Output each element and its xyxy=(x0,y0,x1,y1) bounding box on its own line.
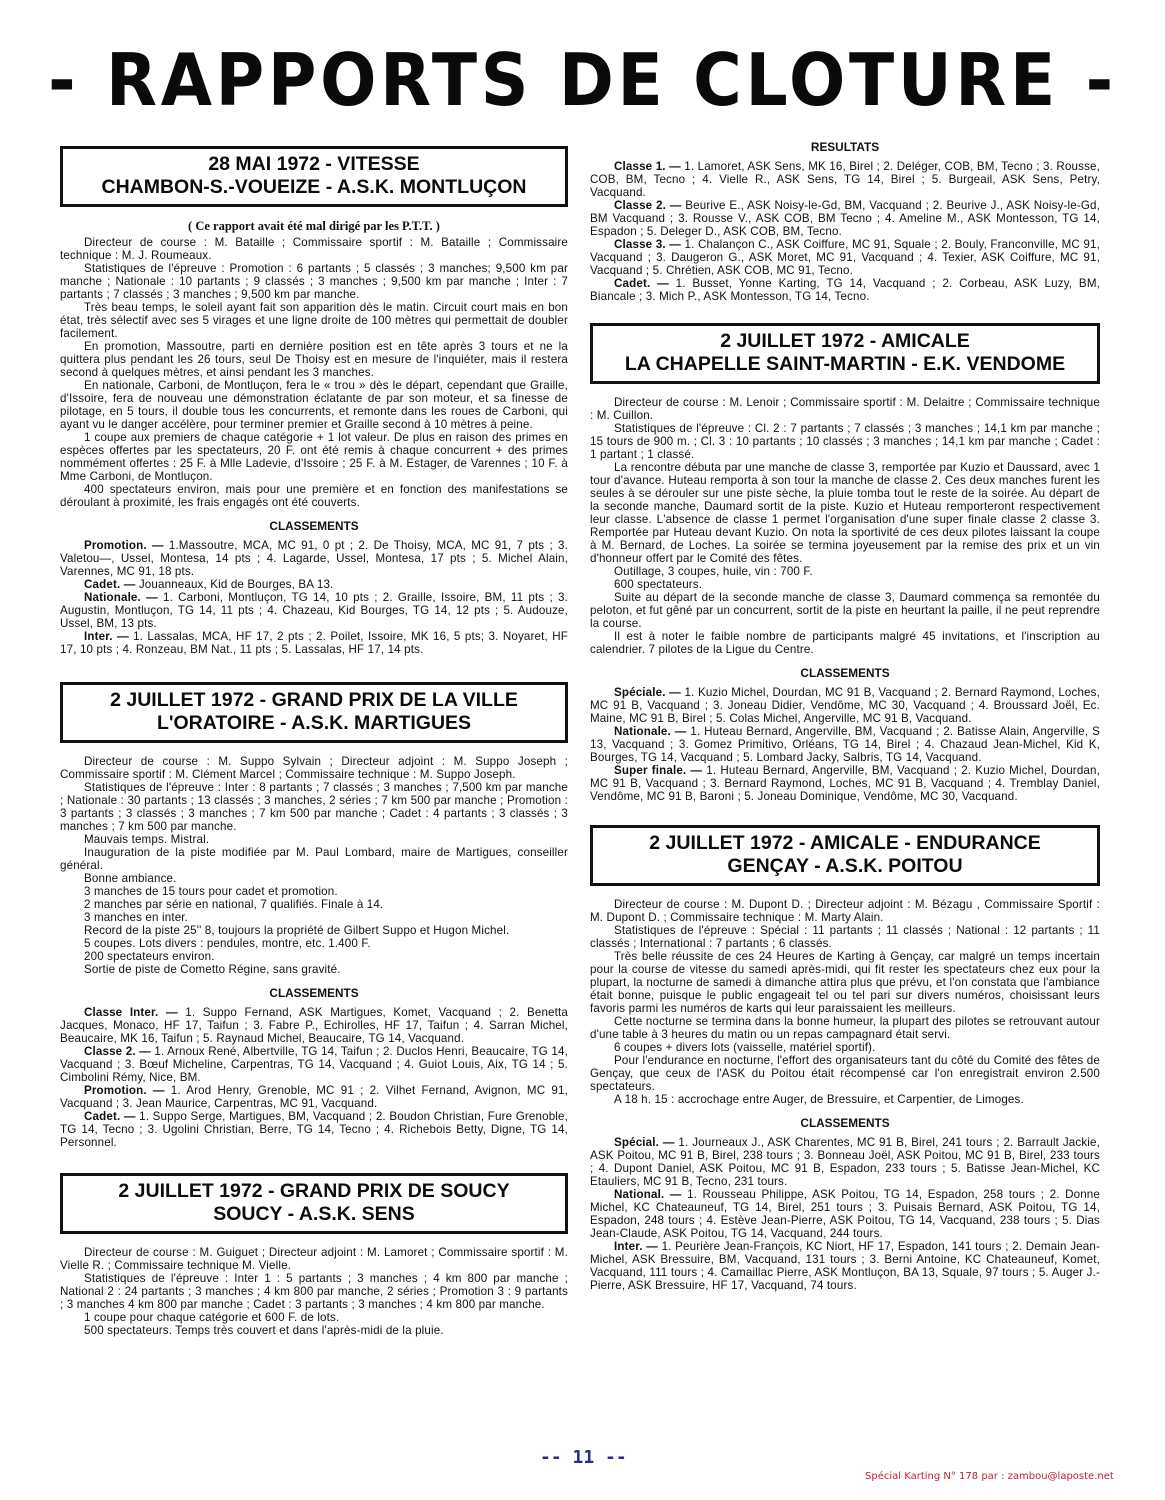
event-title-line2: SOUCY - A.S.K. SENS xyxy=(69,1203,559,1226)
scan-credit: Spécial Karting N° 178 par : zambou@lapo… xyxy=(865,1471,1114,1482)
paragraph: Inauguration de la piste modifiée par M.… xyxy=(60,846,568,872)
event-title-box: 2 JUILLET 1972 - GRAND PRIX DE LA VILLE … xyxy=(60,682,568,743)
section-heading: RESULTATS xyxy=(590,140,1100,154)
result-entry: Cadet. — 1. Busset, Yonne Karting, TG 14… xyxy=(590,277,1100,303)
event-title-line1: 2 JUILLET 1972 - GRAND PRIX DE LA VILLE xyxy=(69,689,559,712)
result-text: 1. Lassalas, MCA, HF 17, 2 pts ; 2. Poil… xyxy=(60,630,568,656)
paragraph: 1 coupe pour chaque catégorie et 600 F. … xyxy=(60,1311,568,1324)
paragraph: Sortie de piste de Cometto Régine, sans … xyxy=(60,963,568,976)
result-text: 1. Peurière Jean-François, KC Niort, HF … xyxy=(590,1240,1100,1292)
result-entry: Inter. — 1. Peurière Jean-François, KC N… xyxy=(590,1240,1100,1292)
paragraph: Très belle réussite de ces 24 Heures de … xyxy=(590,950,1100,1015)
event-title-line1: 2 JUILLET 1972 - GRAND PRIX DE SOUCY xyxy=(69,1180,559,1203)
paragraph: Mauvais temps. Mistral. xyxy=(60,833,568,846)
result-category: Promotion. — xyxy=(84,539,164,552)
report-soucy-sens: 2 JUILLET 1972 - GRAND PRIX DE SOUCY SOU… xyxy=(60,1173,568,1337)
result-category: Classe 2. — xyxy=(614,199,682,212)
editorial-note: ( Ce rapport avait été mal dirigé par le… xyxy=(60,219,568,234)
result-category: Classe Inter. — xyxy=(84,1006,178,1019)
paragraph: Très beau temps, le soleil ayant fait so… xyxy=(60,301,568,340)
result-entry: Cadet. — 1. Suppo Serge, Martigues, BM, … xyxy=(60,1110,568,1149)
report-soucy-sens-results: RESULTATS Classe 1. — 1. Lamoret, ASK Se… xyxy=(590,140,1100,303)
paragraph: 200 spectateurs environ. xyxy=(60,950,568,963)
report-gencay-poitou: 2 JUILLET 1972 - AMICALE - ENDURANCE GEN… xyxy=(590,825,1100,1292)
report-chapelle-vendome: 2 JUILLET 1972 - AMICALE LA CHAPELLE SAI… xyxy=(590,323,1100,803)
event-title-line1: 2 JUILLET 1972 - AMICALE xyxy=(599,330,1091,353)
section-heading: CLASSEMENTS xyxy=(60,519,568,533)
result-entry: Classe 2. — Beurive E., ASK Noisy-le-Gd,… xyxy=(590,199,1100,238)
result-category: Classe 3. — xyxy=(614,238,681,251)
paragraph: Pour l'endurance en nocturne, l'effort d… xyxy=(590,1054,1100,1093)
paragraph: 3 manches en inter. xyxy=(60,911,568,924)
page-masthead: - RAPPORTS DE CLOTURE - xyxy=(47,40,1119,120)
paragraph: Directeur de course : M. Guiguet ; Direc… xyxy=(60,1246,568,1272)
paragraph: 600 spectateurs. xyxy=(590,578,1100,591)
result-category: Inter. — xyxy=(614,1240,658,1253)
paragraph: 400 spectateurs environ, mais pour une p… xyxy=(60,483,568,509)
event-title-line2: L'ORATOIRE - A.S.K. MARTIGUES xyxy=(69,712,559,735)
result-entry: Nationale. — 1. Huteau Bernard, Angervil… xyxy=(590,725,1100,764)
paragraph: Directeur de course : M. Lenoir ; Commis… xyxy=(590,396,1100,422)
result-category: Inter. — xyxy=(84,630,129,643)
result-entry: Spéciale. — 1. Kuzio Michel, Dourdan, MC… xyxy=(590,686,1100,725)
event-title-box: 2 JUILLET 1972 - GRAND PRIX DE SOUCY SOU… xyxy=(60,1173,568,1234)
report-oratoire-martigues: 2 JUILLET 1972 - GRAND PRIX DE LA VILLE … xyxy=(60,682,568,1149)
result-category: Classe 1. — xyxy=(614,160,681,173)
right-column: RESULTATS Classe 1. — 1. Lamoret, ASK Se… xyxy=(590,140,1100,1292)
paragraph: Outillage, 3 coupes, huile, vin : 700 F. xyxy=(590,565,1100,578)
event-title-line1: 28 MAI 1972 - VITESSE xyxy=(69,153,559,176)
event-title-line1: 2 JUILLET 1972 - AMICALE - ENDURANCE xyxy=(599,832,1091,855)
result-category: Super finale. — xyxy=(614,764,702,777)
result-entry: National. — 1. Rousseau Philippe, ASK Po… xyxy=(590,1188,1100,1240)
result-entry: Inter. — 1. Lassalas, MCA, HF 17, 2 pts … xyxy=(60,630,568,656)
result-entry: Cadet. — Jouanneaux, Kid de Bourges, BA … xyxy=(60,578,568,591)
result-category: Cadet. — xyxy=(84,1110,136,1123)
event-title-line2: GENÇAY - A.S.K. POITOU xyxy=(599,855,1091,878)
paragraph: Il est à noter le faible nombre de parti… xyxy=(590,630,1100,656)
paragraph: Statistiques de l'épreuve : Promotion : … xyxy=(60,262,568,301)
event-title-box: 2 JUILLET 1972 - AMICALE LA CHAPELLE SAI… xyxy=(590,323,1100,384)
left-column: 28 MAI 1972 - VITESSE CHAMBON-S.-VOUEIZE… xyxy=(60,140,568,1337)
paragraph: A 18 h. 15 : accrochage entre Auger, de … xyxy=(590,1093,1100,1106)
paragraph: Record de la piste 25'' 8, toujours la p… xyxy=(60,924,568,937)
result-entry: Classe 3. — 1. Chalançon C., ASK Coiffur… xyxy=(590,238,1100,277)
result-category: Nationale. — xyxy=(84,591,158,604)
section-heading: CLASSEMENTS xyxy=(590,666,1100,680)
paragraph: En promotion, Massoutre, parti en derniè… xyxy=(60,340,568,379)
paragraph: Directeur de course : M. Dupont D. ; Dir… xyxy=(590,898,1100,924)
result-entry: Classe 1. — 1. Lamoret, ASK Sens, MK 16,… xyxy=(590,160,1100,199)
event-title-line2: LA CHAPELLE SAINT-MARTIN - E.K. VENDOME xyxy=(599,353,1091,376)
paragraph: 5 coupes. Lots divers : pendules, montre… xyxy=(60,937,568,950)
result-category: Promotion. — xyxy=(84,1084,165,1097)
paragraph: 6 coupes + divers lots (vaisselle, matér… xyxy=(590,1041,1100,1054)
page-number: -- 11 -- xyxy=(540,1447,627,1468)
paragraph: 500 spectateurs. Temps très couvert et d… xyxy=(60,1324,568,1337)
paragraph: 1 coupe aux premiers de chaque catégorie… xyxy=(60,431,568,483)
result-entry: Nationale. — 1. Carboni, Montluçon, TG 1… xyxy=(60,591,568,630)
section-heading: CLASSEMENTS xyxy=(590,1116,1100,1130)
result-entry: Classe 2. — 1. Arnoux René, Albertville,… xyxy=(60,1045,568,1084)
event-title-box: 28 MAI 1972 - VITESSE CHAMBON-S.-VOUEIZE… xyxy=(60,146,568,207)
result-category: Nationale. — xyxy=(614,725,687,738)
paragraph: Directeur de course : M. Suppo Sylvain ;… xyxy=(60,755,568,781)
result-category: Classe 2. — xyxy=(84,1045,151,1058)
result-text: 1. Suppo Serge, Martigues, BM, Vacquand … xyxy=(60,1110,568,1149)
result-category: National. — xyxy=(614,1188,682,1201)
result-category: Cadet. — xyxy=(614,277,669,290)
paragraph: Cette nocturne se termina dans la bonne … xyxy=(590,1015,1100,1041)
result-category: Spéciale. — xyxy=(614,686,681,699)
section-heading: CLASSEMENTS xyxy=(60,986,568,1000)
paragraph: Directeur de course : M. Bataille ; Comm… xyxy=(60,236,568,262)
result-text: Jouanneaux, Kid de Bourges, BA 13. xyxy=(135,578,333,591)
report-chambon-montlucon: 28 MAI 1972 - VITESSE CHAMBON-S.-VOUEIZE… xyxy=(60,146,568,656)
result-entry: Super finale. — 1. Huteau Bernard, Anger… xyxy=(590,764,1100,803)
paragraph: 3 manches de 15 tours pour cadet et prom… xyxy=(60,885,568,898)
event-title-box: 2 JUILLET 1972 - AMICALE - ENDURANCE GEN… xyxy=(590,825,1100,886)
paragraph: En nationale, Carboni, de Montluçon, fer… xyxy=(60,379,568,431)
paragraph: Statistiques de l'épreuve : Inter 1 : 5 … xyxy=(60,1272,568,1311)
result-entry: Promotion. — 1. Arod Henry, Grenoble, MC… xyxy=(60,1084,568,1110)
paragraph: La rencontre débuta par une manche de cl… xyxy=(590,461,1100,565)
paragraph: Bonne ambiance. xyxy=(60,872,568,885)
paragraph: 2 manches par série en national, 7 quali… xyxy=(60,898,568,911)
result-category: Spécial. — xyxy=(614,1136,675,1149)
result-entry: Classe Inter. — 1. Suppo Fernand, ASK Ma… xyxy=(60,1006,568,1045)
event-title-line2: CHAMBON-S.-VOUEIZE - A.S.K. MONTLUÇON xyxy=(69,176,559,199)
paragraph: Statistiques de l'épreuve : Cl. 2 : 7 pa… xyxy=(590,422,1100,461)
paragraph: Statistiques de l'épreuve : Inter : 8 pa… xyxy=(60,781,568,833)
result-entry: Promotion. — 1.Massoutre, MCA, MC 91, 0 … xyxy=(60,539,568,578)
paragraph: Statistiques de l'épreuve : Spécial : 11… xyxy=(590,924,1100,950)
paragraph: Suite au départ de la seconde manche de … xyxy=(590,591,1100,630)
result-entry: Spécial. — 1. Journeaux J., ASK Charente… xyxy=(590,1136,1100,1188)
result-category: Cadet. — xyxy=(84,578,135,591)
